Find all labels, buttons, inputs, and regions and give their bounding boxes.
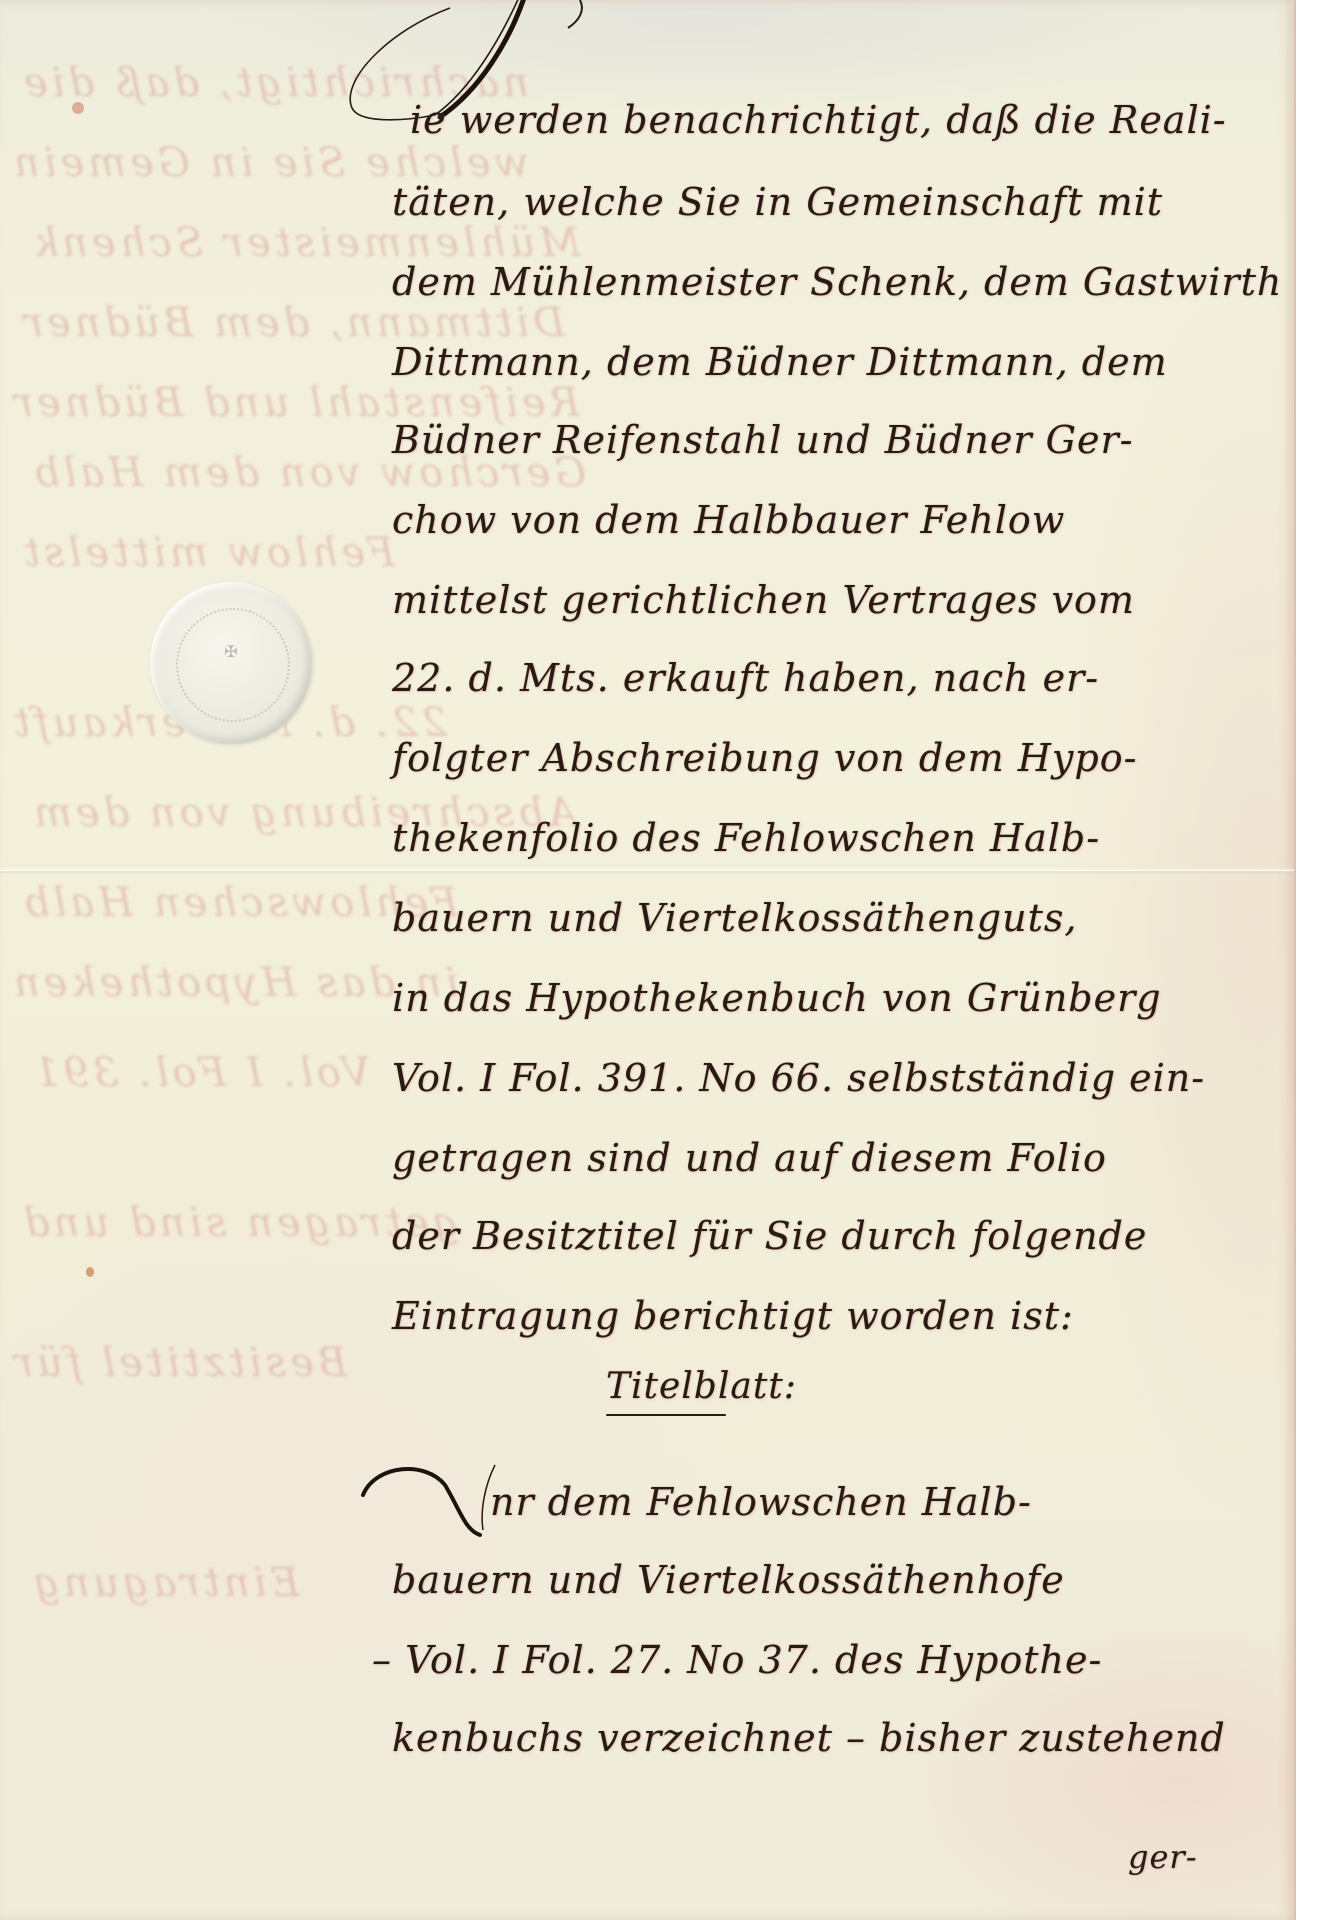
text-line: 22. d. Mts. erkauft haben, nach er- [392,656,1099,700]
text-line: – Vol. I Fol. 27. No 37. des Hypothe- [372,1638,1102,1682]
seal-ring [176,608,290,722]
text-line: mittelst gerichtlichen Vertrages vom [392,578,1135,622]
catchword: ger- [1128,1838,1198,1876]
document-page: nachrichtigt, daß die welche Sie in Geme… [0,0,1296,1920]
text-line: dem Mühlenmeister Schenk, dem Gastwirth [392,260,1282,304]
text-line: Büdner Reifenstahl und Büdner Ger- [392,418,1133,462]
bleed-through-line: Eintragung [30,1560,300,1606]
bleed-through-line: Besitztitel für [10,1340,347,1386]
text-line: nr dem Fehlowschen Halb- [490,1480,1032,1524]
text-line: in das Hypothekenbuch von Grünberg [392,976,1162,1020]
section-heading: Titelblatt: [606,1366,797,1407]
text-line: folgter Abschreibung von dem Hypo- [392,736,1137,780]
text-line: bauern und Viertelkossäthenguts, [392,896,1077,940]
text-line: getragen sind und auf diesem Folio [392,1136,1107,1180]
ink-stain [86,1267,94,1277]
bleed-through-line: Fehlow mittelst [20,530,395,576]
text-line: thekenfolio des Fehlowschen Halb- [392,816,1100,860]
text-line: Vol. I Fol. 391. No 66. selbstständig ei… [392,1056,1205,1100]
paper-fold [0,868,1294,874]
ornamental-initial-icon [355,1455,505,1565]
text-line: chow von dem Halbbauer Fehlow [392,498,1065,542]
text-line: der Besitztitel für Sie durch folgende [392,1214,1147,1258]
embossed-seal: ✠ [150,582,312,744]
bleed-through-line: Vol. I Fol. 391 [30,1050,370,1096]
text-line: bauern und Viertelkossäthenhofe [392,1558,1065,1602]
heading-underline [606,1414,726,1416]
text-line: täten, welche Sie in Gemeinschaft mit [392,180,1163,224]
ink-stain [72,102,84,114]
text-line: Eintragung berichtigt worden ist: [392,1294,1074,1338]
text-line: kenbuchs verzeichnet – bisher zustehend [392,1716,1226,1760]
seal-emblem-icon: ✠ [150,642,312,661]
text-line: Dittmann, dem Büdner Dittmann, dem [392,340,1168,384]
text-line: ie werden benachrichtigt, daß die Reali- [410,98,1227,142]
